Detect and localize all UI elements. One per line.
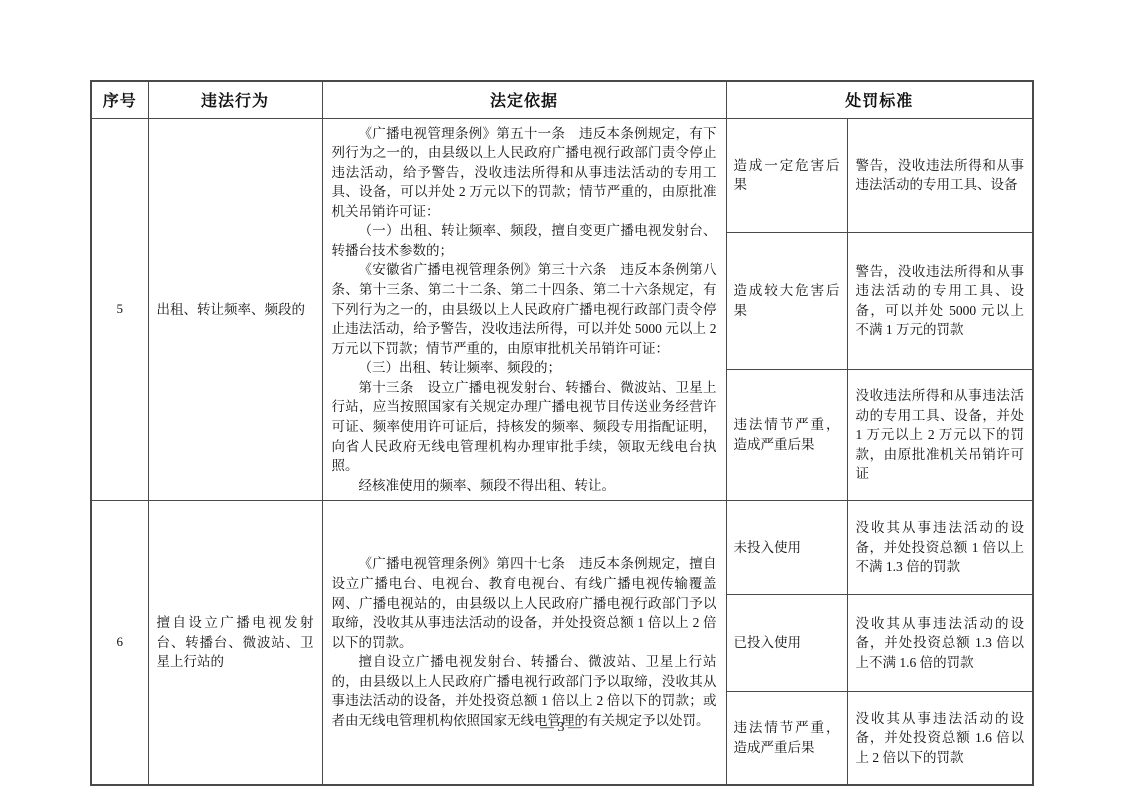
legal-paragraph: 《广播电视管理条例》第四十七条 违反本条例规定，擅自设立广播电台、电视台、教育电…: [332, 554, 717, 652]
row5-penalty-standard-3: 没收违法所得和从事违法活动的专用工具、设备，并处 1 万元以上 2 万元以下的罚…: [847, 369, 1033, 501]
legal-paragraph: 经核准使用的频率、频段不得出租、转让。: [332, 476, 717, 496]
row6-penalty-standard-2: 没收其从事违法活动的设备，并处投资总额 1.3 倍以上不满 1.6 倍的罚款: [847, 595, 1033, 692]
page-number: — 3 —: [0, 720, 1122, 736]
header-penalty-standard: 处罚标准: [726, 81, 1033, 118]
row6-penalty-standard-1: 没收其从事违法活动的设备，并处投资总额 1 倍以上不满 1.3 倍的罚款: [847, 501, 1033, 595]
row5-behavior: 出租、转让频率、频段的: [148, 118, 322, 501]
row5-penalty-condition-1: 造成一定危害后果: [726, 118, 847, 233]
row6-penalty-standard-3: 没收其从事违法活动的设备，并处投资总额 1.6 倍以上 2 倍以下的罚款: [847, 692, 1033, 785]
table-header-row: 序号 违法行为 法定依据 处罚标准: [91, 81, 1033, 118]
header-legal-basis: 法定依据: [322, 81, 726, 118]
legal-paragraph: 《安徽省广播电视管理条例》第三十六条 违反本条例第八条、第十三条、第二十二条、第…: [332, 260, 717, 358]
row6-penalty-condition-2: 已投入使用: [726, 595, 847, 692]
row5-penalty-condition-2: 造成较大危害后果: [726, 233, 847, 370]
table-row: 6 擅自设立广播电视发射台、转播台、微波站、卫星上行站的 《广播电视管理条例》第…: [91, 501, 1033, 595]
row5-penalty-condition-3: 违法情节严重，造成严重后果: [726, 369, 847, 501]
legal-paragraph: （三）出租、转让频率、频段的；: [332, 358, 717, 378]
row5-legal-basis: 《广播电视管理条例》第五十一条 违反本条例规定，有下列行为之一的，由县级以上人民…: [322, 118, 726, 501]
row6-legal-basis: 《广播电视管理条例》第四十七条 违反本条例规定，擅自设立广播电台、电视台、教育电…: [322, 501, 726, 785]
penalty-regulation-table: 序号 违法行为 法定依据 处罚标准 5 出租、转让频率、频段的 《广播电视管理条…: [90, 80, 1034, 786]
legal-paragraph: （一）出租、转让频率、频段，擅自变更广播电视发射台、转播台技术参数的；: [332, 221, 717, 260]
legal-paragraph: 第十三条 设立广播电视发射台、转播台、微波站、卫星上行站，应当按照国家有关规定办…: [332, 378, 717, 476]
document-page: 序号 违法行为 法定依据 处罚标准 5 出租、转让频率、频段的 《广播电视管理条…: [0, 0, 1122, 793]
row5-penalty-standard-2: 警告，没收违法所得和从事违法活动的专用工具、设备，可以并处 5000 元以上不满…: [847, 233, 1033, 370]
header-no: 序号: [91, 81, 148, 118]
header-behavior: 违法行为: [148, 81, 322, 118]
row6-behavior: 擅自设立广播电视发射台、转播台、微波站、卫星上行站的: [148, 501, 322, 785]
row6-penalty-condition-3: 违法情节严重，造成严重后果: [726, 692, 847, 785]
row5-penalty-standard-1: 警告，没收违法所得和从事违法活动的专用工具、设备: [847, 118, 1033, 233]
legal-paragraph: 《广播电视管理条例》第五十一条 违反本条例规定，有下列行为之一的，由县级以上人民…: [332, 124, 717, 222]
row5-no: 5: [91, 118, 148, 501]
row6-penalty-condition-1: 未投入使用: [726, 501, 847, 595]
legal-paragraph: 擅自设立广播电视发射台、转播台、微波站、卫星上行站的，由县级以上人民政府广播电视…: [332, 652, 717, 730]
row6-no: 6: [91, 501, 148, 785]
table-row: 5 出租、转让频率、频段的 《广播电视管理条例》第五十一条 违反本条例规定，有下…: [91, 118, 1033, 233]
